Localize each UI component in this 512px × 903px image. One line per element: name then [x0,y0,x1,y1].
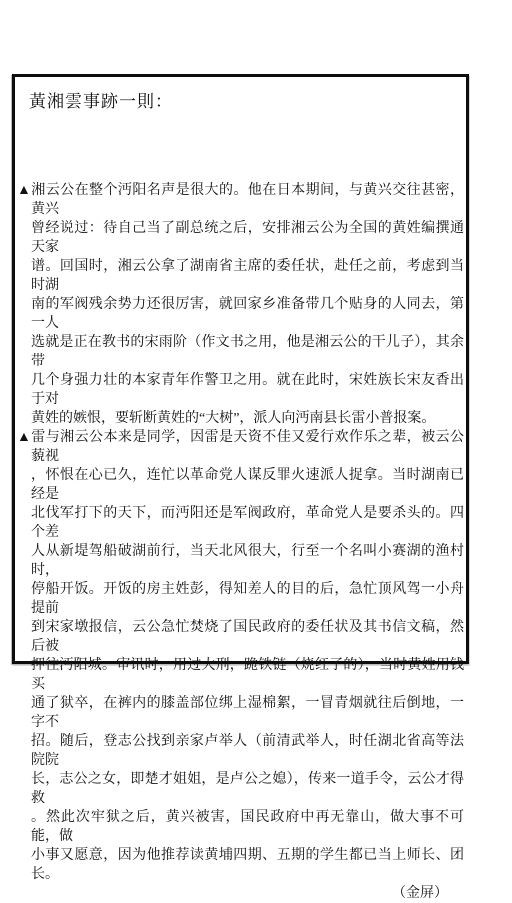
article-title: 黃湘雲事跡一則： [29,87,173,112]
signature-line: （金屏） [17,884,464,903]
paragraph-2: ▲雷与湘云公本来是同学，因雷是天资不佳又爱行欢作乐之辈，被云公藐视 ，怀恨在心已… [17,428,464,884]
document-page: 黃湘雲事跡一則： ▲湘云公在整个沔阳名声是很大的。他在日本期间，与黄兴交往甚密，… [0,0,512,709]
paragraph-1: ▲湘云公在整个沔阳名声是很大的。他在日本期间，与黄兴交往甚密，黄兴 曾经说过：待… [17,181,464,428]
article-frame: 黃湘雲事跡一則： ▲湘云公在整个沔阳名声是很大的。他在日本期间，与黄兴交往甚密，… [12,74,469,664]
article-body: ▲湘云公在整个沔阳名声是很大的。他在日本期间，与黄兴交往甚密，黄兴 曾经说过：待… [17,181,464,903]
